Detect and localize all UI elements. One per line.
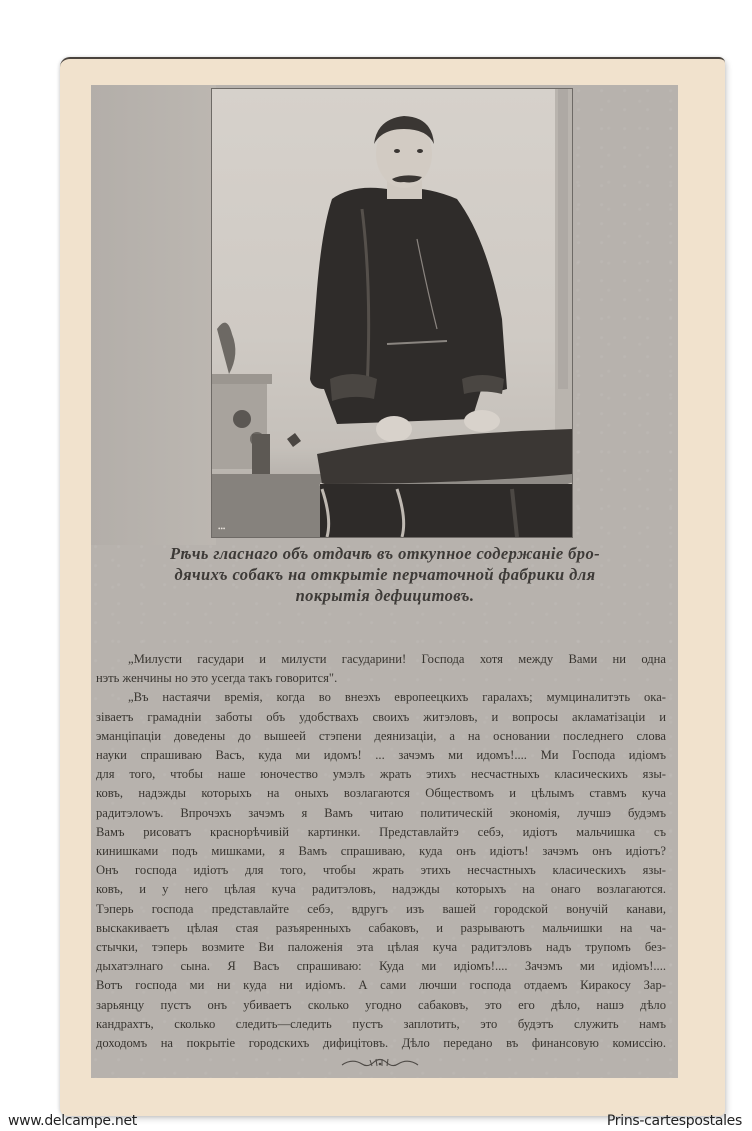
caption-line: дячихъ собакъ на открытіе перчаточной фа… <box>96 564 674 585</box>
panel-shading <box>91 85 216 545</box>
speech-line: зарьянцу пустъ онъ убиваетъ сколько угод… <box>96 996 666 1015</box>
portrait-photo: ••• <box>211 88 573 538</box>
caption-line: Рѣчь гласнаго объ отдачѣ въ откупное сод… <box>96 543 674 564</box>
source-watermark-left: www.delcampe.net <box>8 1113 137 1129</box>
ornament-flourish-icon <box>340 1056 420 1070</box>
speech-line: „Милусти гасудари и милусти гасударини! … <box>96 650 666 669</box>
speech-line: радитэлоwъ. Впрочэхъ зачэмъ я Вамъ читаю… <box>96 804 666 823</box>
speech-line: доходомъ на покрытiе городскихъ дифицiто… <box>96 1034 666 1053</box>
speech-line: дыхатэлнаго сына. Я Васъ спрашиваю: Куда… <box>96 957 666 976</box>
speech-line: стычки, тэперь возмите Ви паложенiя эта … <box>96 938 666 957</box>
speech-line: кинишками подъ мишками, я Вамъ спрашиваю… <box>96 842 666 861</box>
source-watermark-right: Prins-cartespostales <box>607 1113 742 1129</box>
speech-line: ковъ, надэжды которыхъ на оныхъ возлагаю… <box>96 784 666 803</box>
speech-line: Вамъ рисоватъ краснорѣчивiй картинки. Пр… <box>96 823 666 842</box>
speech-line: кандрахтъ, сколько следить—следить пустъ… <box>96 1015 666 1034</box>
speech-line: выскакиваетъ цѣлая стая разъяренныхъ саб… <box>96 919 666 938</box>
portrait-illustration: ••• <box>212 89 572 537</box>
speech-text: „Милусти гасудари и милусти гасударини! … <box>96 650 666 1053</box>
postcard-caption: Рѣчь гласнаго объ отдачѣ въ откупное сод… <box>96 543 674 606</box>
speech-line: для того, чтобы наше юночество умэлъ жра… <box>96 765 666 784</box>
speech-line: „Въ настаячи времія, когда во внеэхъ евр… <box>96 688 666 707</box>
speech-line: Тэперь господа представлайте себэ, вдруг… <box>96 900 666 919</box>
speech-line: Вотъ господа ми ни куда ни идiомъ. А сам… <box>96 976 666 995</box>
speech-line: науки спрашиваю Васъ, куда ми идомъ! ...… <box>96 746 666 765</box>
speech-line: зіваетъ грамадніи заботы объ удобствахъ … <box>96 708 666 727</box>
caption-line: покрытія дефицитовъ. <box>96 585 674 606</box>
speech-line: ковъ, и у него цѣлая куча радитэловъ, на… <box>96 880 666 899</box>
speech-line: Онъ господа идiотъ для того, чтобы жрать… <box>96 861 666 880</box>
svg-text:•••: ••• <box>218 525 226 533</box>
speech-line: эманцiпацiи доведены до вышеей стэпени д… <box>96 727 666 746</box>
speech-line: нэть женчины но это усегда такъ говоритс… <box>96 669 666 688</box>
